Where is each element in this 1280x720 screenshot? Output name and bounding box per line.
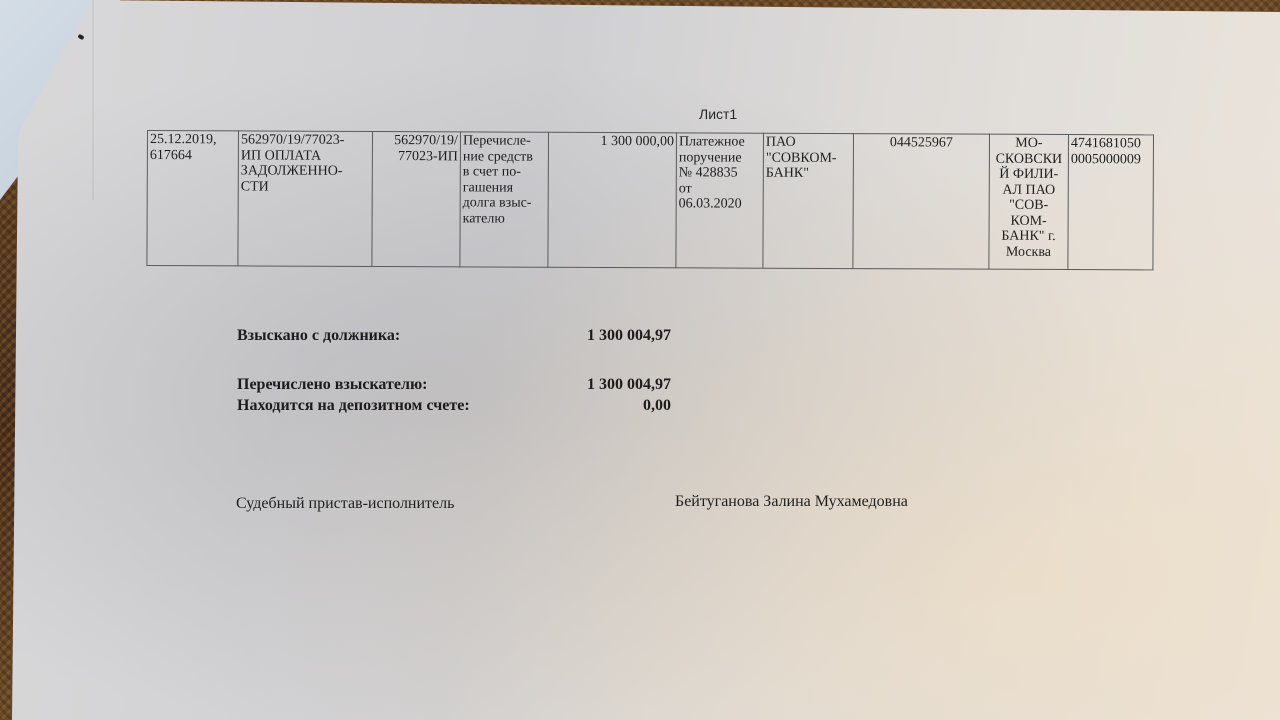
cell-text: 044525967 <box>890 135 953 150</box>
summary-collected-value: 1 300 004,97 <box>471 327 671 345</box>
summary-deposit-value: 0,00 <box>471 397 671 415</box>
cell-text: МО- СКОВСКИ Й ФИЛИ- АЛ ПАО "СОВ- КОМ- БА… <box>996 136 1063 260</box>
cell-text: 562970/19/77023- ИП ОПЛАТА ЗАДОЛЖЕННО- С… <box>241 132 345 194</box>
cell-payment-order: Платежное поручение № 428835 от 06.03.20… <box>676 133 764 268</box>
cell-text: Перечисле- ние средств в счет по- гашени… <box>463 133 533 226</box>
cell-description: Перечисле- ние средств в счет по- гашени… <box>460 132 549 267</box>
summary-collected-label: Взыскано с должника: <box>237 327 400 345</box>
summary-transferred-label: Перечислено взыскателю: <box>237 376 428 394</box>
sheet-label: Лист1 <box>699 106 737 122</box>
signature-name: Бейтуганова Залина Мухамедовна <box>675 493 908 511</box>
cell-case-number: 562970/19/ 77023-ИП <box>372 131 461 266</box>
cell-case-purpose: 562970/19/77023- ИП ОПЛАТА ЗАДОЛЖЕННО- С… <box>238 131 373 267</box>
payment-table: 25.12.2019, 617664 562970/19/77023- ИП О… <box>146 130 1154 270</box>
summary-deposit-label: Находится на депозитном счете: <box>237 397 470 415</box>
table-row: 25.12.2019, 617664 562970/19/77023- ИП О… <box>147 131 1154 270</box>
cell-text: 562970/19/ 77023-ИП <box>394 133 458 164</box>
cell-bank-branch: МО- СКОВСКИ Й ФИЛИ- АЛ ПАО "СОВ- КОМ- БА… <box>989 134 1069 269</box>
cell-text: 1 300 000,00 <box>600 134 674 149</box>
cell-recipient-bank: ПАО "СОВКОМ- БАНК" <box>763 133 854 268</box>
paper-crease <box>92 0 94 200</box>
cell-date-number: 25.12.2019, 617664 <box>147 131 239 266</box>
cell-text: Платежное поручение № 428835 от 06.03.20… <box>679 134 745 211</box>
cell-amount: 1 300 000,00 <box>548 132 677 268</box>
cell-text: 25.12.2019, 617664 <box>150 132 217 163</box>
signature-role: Судебный пристав-исполнитель <box>236 495 454 513</box>
summary-transferred-value: 1 300 004,97 <box>471 376 671 394</box>
cell-account: 4741681050 0005000009 <box>1068 135 1154 270</box>
cell-text: 4741681050 0005000009 <box>1071 136 1141 167</box>
cell-bik: 044525967 <box>853 134 990 270</box>
paper-sheet <box>0 0 1280 720</box>
cell-text: ПАО "СОВКОМ- БАНК" <box>766 135 837 181</box>
